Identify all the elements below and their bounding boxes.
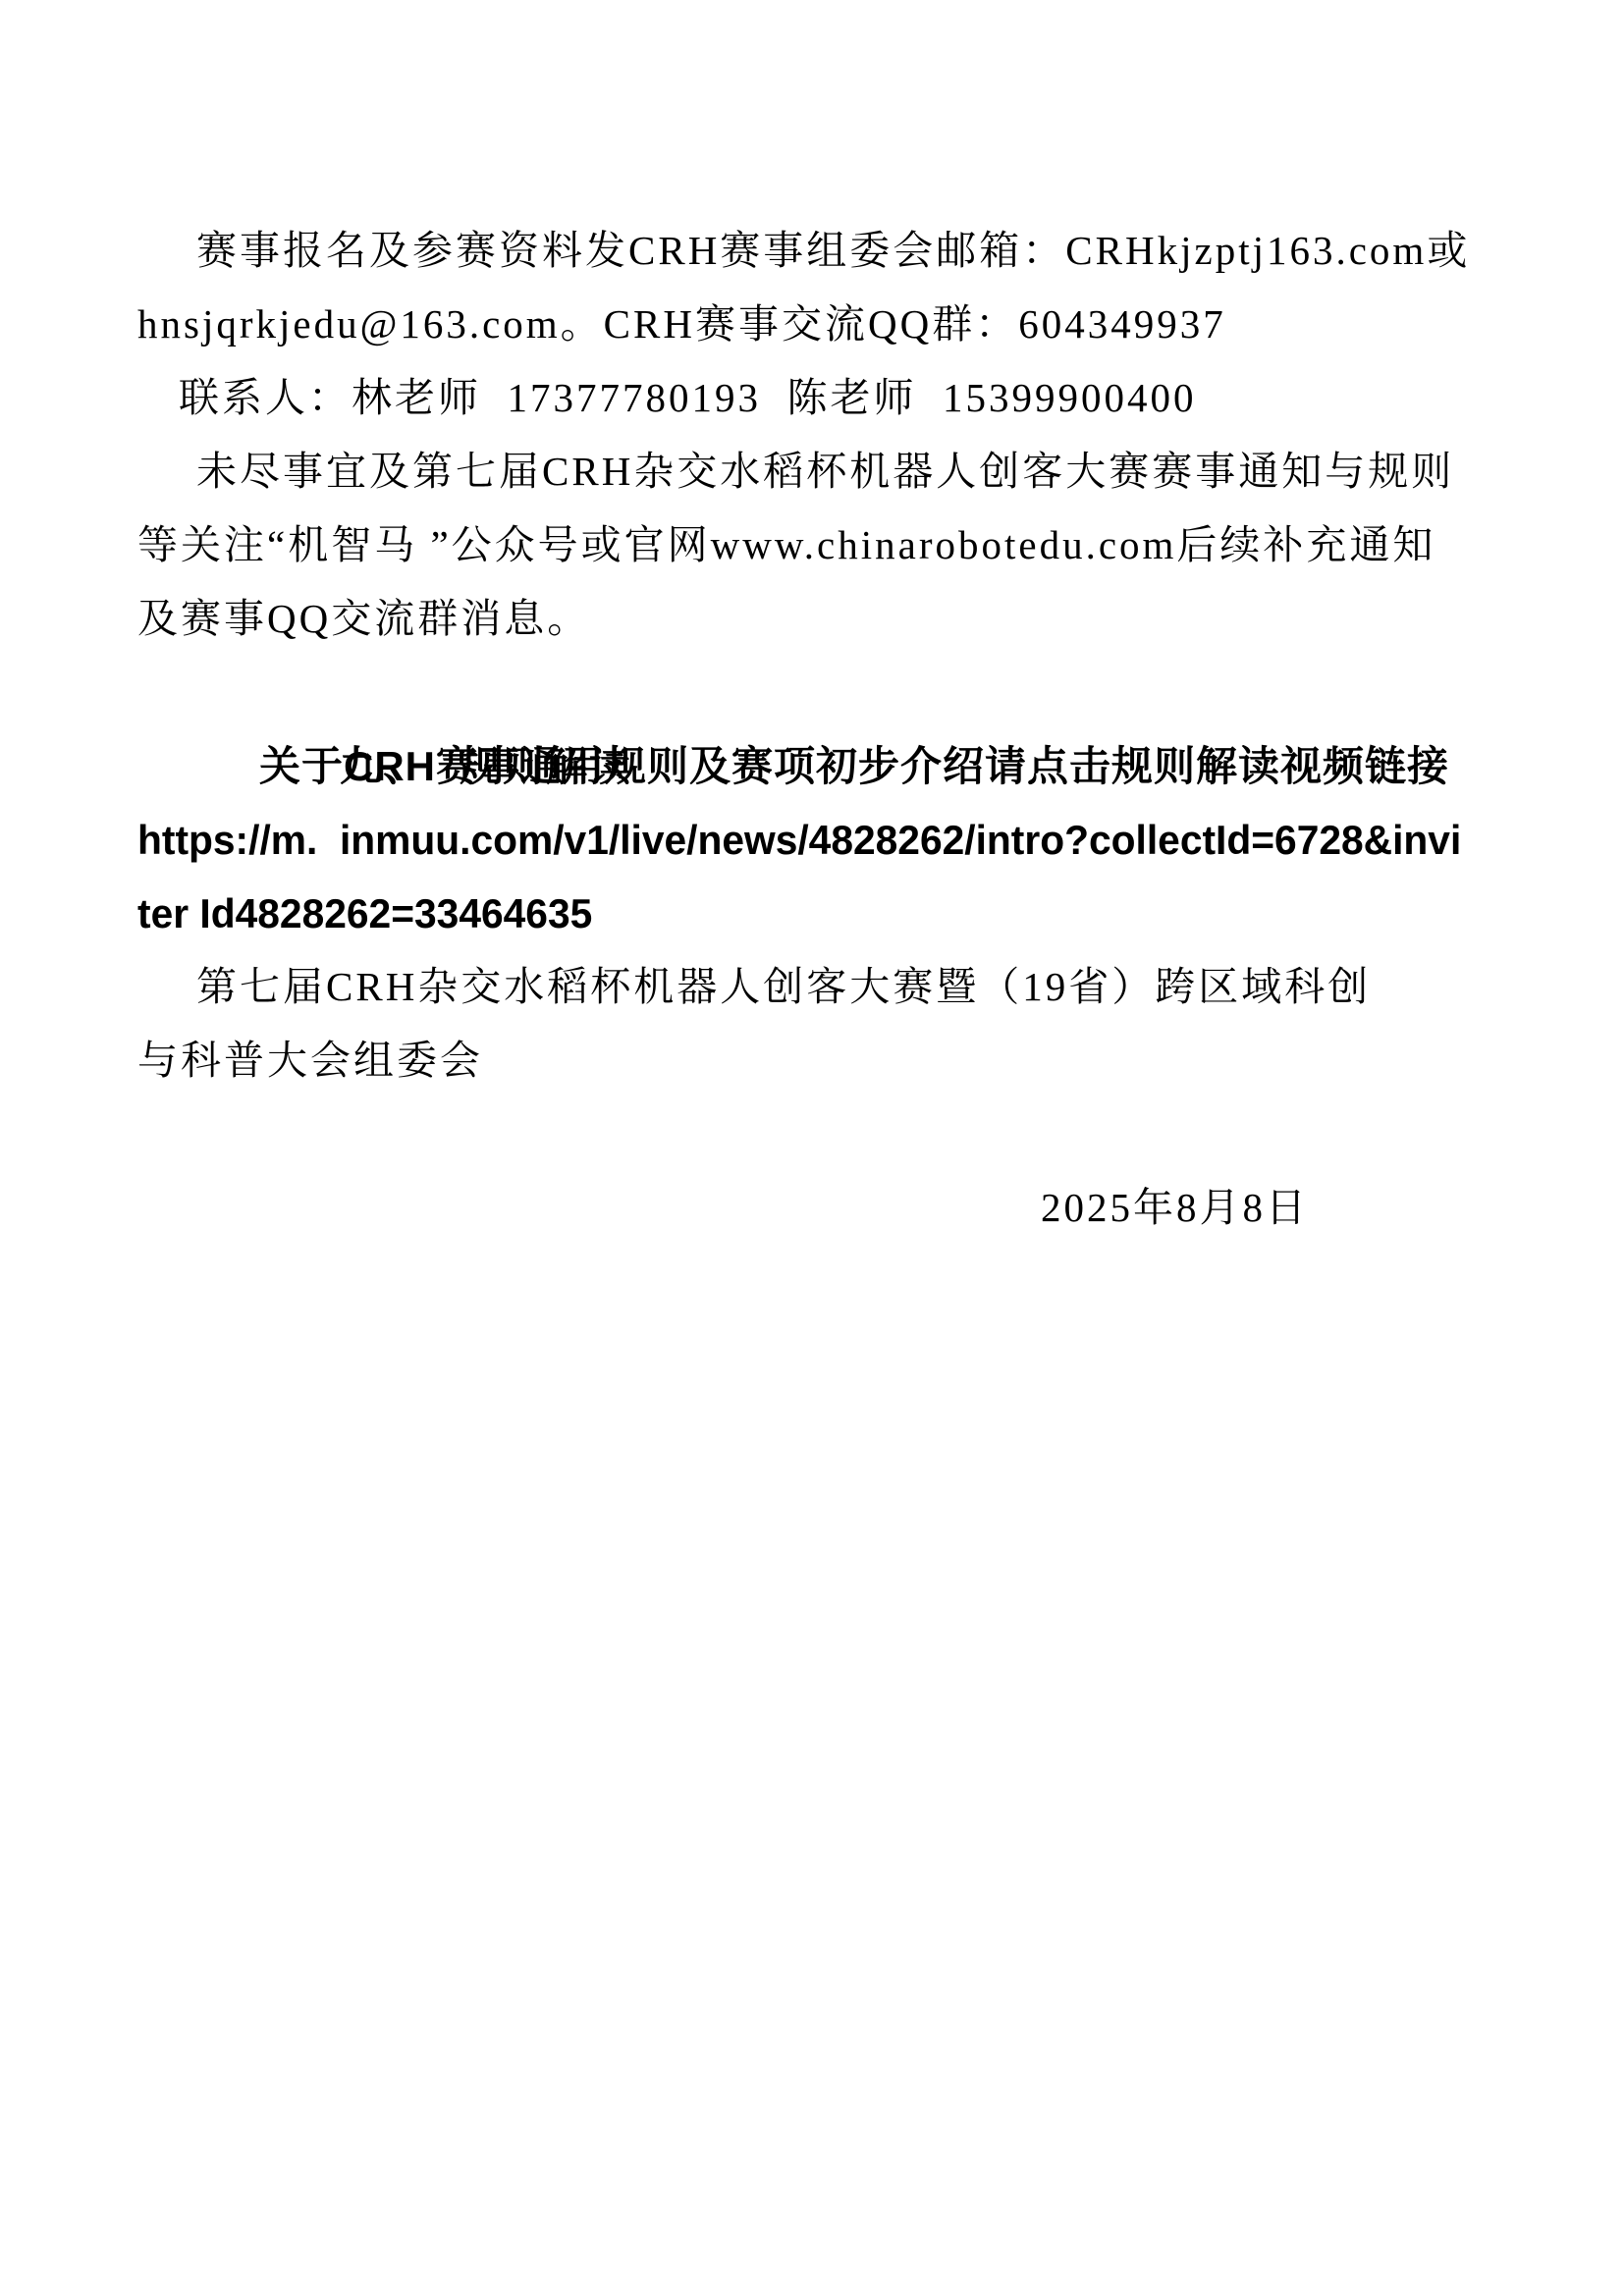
document-date: 2025年8月8日 xyxy=(137,1171,1487,1245)
section-heading: 九、规则解读 xyxy=(137,656,1487,729)
signature-line-2: 与科普大会组委会 xyxy=(137,1024,1487,1097)
rules-intro-line: 关于CRH赛事通用规则及赛项初步介绍请点击规则解读视频链接 xyxy=(137,729,1487,803)
signature-line-1: 第七届CRH杂交水稻杯机器人创客大赛暨（19省）跨区域科创 xyxy=(137,950,1487,1024)
paragraph-notice-line-2: 等关注“机智马 ”公众号或官网www.chinarobotedu.com后续补充… xyxy=(137,508,1487,582)
rules-video-url-line-1: https://m. inmuu.com/v1/live/news/482826… xyxy=(137,803,1446,877)
paragraph-notice-line-3: 及赛事QQ交流群消息。 xyxy=(137,582,1487,656)
paragraph-contact-line-2: hnsjqrkjedu@163.com。CRH赛事交流QQ群：604349937 xyxy=(137,288,1487,361)
paragraph-notice-line-1: 未尽事宜及第七届CRH杂交水稻杯机器人创客大赛赛事通知与规则 xyxy=(137,435,1487,508)
rules-video-url-line-2: ter Id4828262=33464635 xyxy=(137,877,1446,950)
blank-line xyxy=(137,1097,1487,1171)
document-page: 赛事报名及参赛资料发CRH赛事组委会邮箱：CRHkjzptj163.com或 h… xyxy=(0,0,1624,2296)
paragraph-contact-line-3: 联系人：林老师 17377780193 陈老师 15399900400 xyxy=(137,361,1487,435)
document-content: 赛事报名及参赛资料发CRH赛事组委会邮箱：CRHkjzptj163.com或 h… xyxy=(137,214,1487,1245)
paragraph-contact-line-1: 赛事报名及参赛资料发CRH赛事组委会邮箱：CRHkjzptj163.com或 xyxy=(137,214,1487,288)
